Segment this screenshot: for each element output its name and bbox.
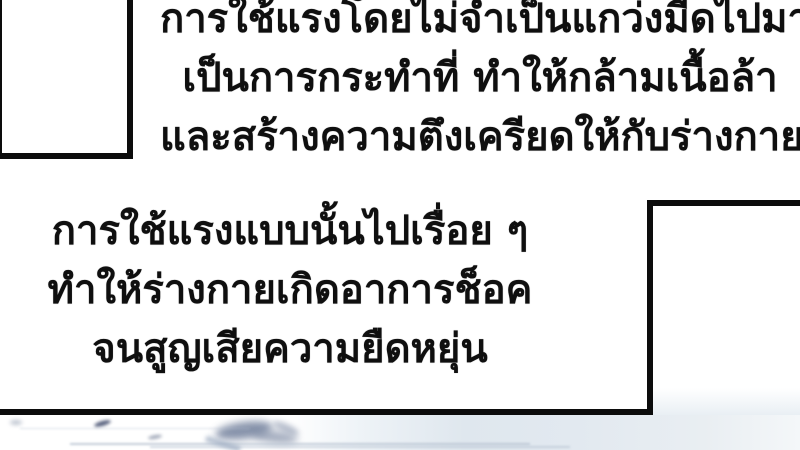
panel-topleft-right-border: [127, 0, 133, 159]
artwork-mark: [148, 434, 162, 440]
artwork-streak: [70, 443, 530, 445]
narration-middle-line-1: การใช้แรงแบบนั้นไปเรื่อย ๆ: [10, 202, 570, 261]
narration-block-top: การใช้แรงโดยไม่จำเป็นแกว่งมีดไปมา เป็นกา…: [160, 0, 800, 167]
narration-top-line-3: และสร้างความตึงเครียดให้กับร่างกาย: [160, 108, 800, 167]
bottom-artwork-strip: [0, 415, 800, 450]
artwork-streak: [150, 446, 570, 448]
artwork-mark: [94, 419, 112, 428]
narration-top-line-1: การใช้แรงโดยไม่จำเป็นแกว่งมีดไปมา: [160, 0, 800, 49]
narration-top-line-2: เป็นการกระทำที่ ทำให้กล้ามเนื้อล้า: [160, 49, 800, 108]
narration-middle-line-2: ทำให้ร่างกายเกิดอาการช็อค: [10, 261, 570, 320]
panel-topleft-left-border: [0, 0, 2, 159]
panel-bottomright-top-border: [647, 200, 800, 206]
panel-topleft-bottom-border: [0, 153, 133, 159]
narration-block-middle: การใช้แรงแบบนั้นไปเรื่อย ๆ ทำให้ร่างกายเ…: [10, 202, 570, 379]
manga-page: การใช้แรงโดยไม่จำเป็นแกว่งมีดไปมา เป็นกา…: [0, 0, 800, 450]
artwork-fade-tint: [653, 388, 800, 415]
narration-middle-line-3: จนสูญเสียความยืดหยุ่น: [10, 320, 570, 379]
artwork-streak: [20, 428, 250, 429]
artwork-mark: [10, 420, 22, 425]
panel-bottomright-left-border: [647, 200, 653, 415]
